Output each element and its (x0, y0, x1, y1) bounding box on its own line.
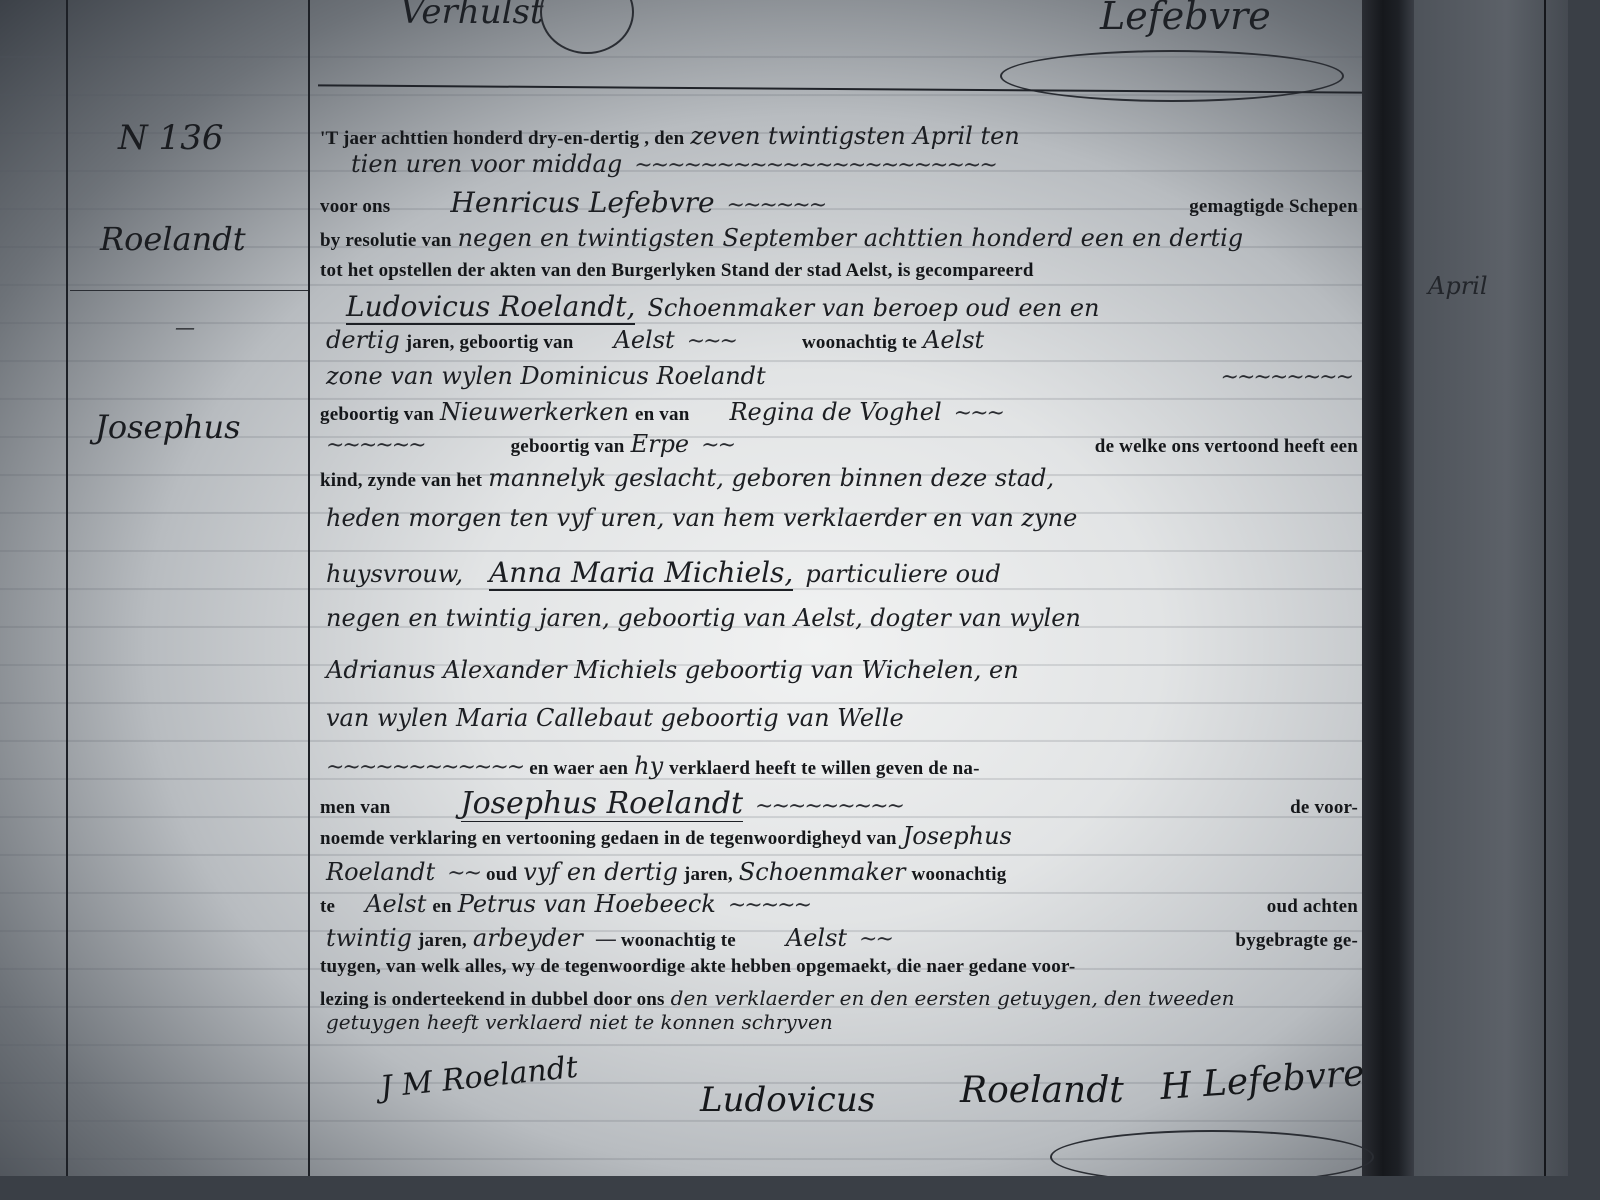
entry-line-20: Roelandt ~~ oud vyf en dertig jaren, Sch… (320, 858, 1358, 894)
entry-line-13: huysvrouw, Anna Maria Michiels, particul… (320, 556, 1358, 592)
official-name: Henricus Lefebvre (450, 186, 714, 219)
entry-line-18: men van Josephus Roelandt ~~~~~~~~~ de v… (320, 786, 1358, 822)
entry-line-9: geboortig van Nieuwerkerken en van Regin… (320, 398, 1358, 434)
printed-text: tuygen, van welk alles, wy de tegenwoord… (320, 956, 1075, 978)
witness-1-given-name: Josephus (903, 822, 1012, 850)
entry-line-12: heden morgen ten vyf uren, van hem verkl… (320, 504, 1358, 540)
filler-flourish: ~~~~~~~~ (1221, 365, 1352, 390)
declarant-occupation: Schoenmaker van beroep oud een en (647, 294, 1099, 322)
previous-entry-signature-right: Lefebvre (1100, 0, 1271, 38)
printed-text: geboortig van (511, 436, 625, 458)
official-signature-flourish (1050, 1130, 1374, 1176)
printed-text: en (432, 896, 451, 918)
witness-2-name: Petrus van Hoebeeck (458, 890, 716, 918)
entry-line-21: te Aelst en Petrus van Hoebeeck ~~~~~ ou… (320, 890, 1358, 926)
printed-text: de voor- (1290, 797, 1358, 819)
entry-line-6: Ludovicus Roelandt, Schoenmaker van bero… (340, 290, 1358, 326)
column-divider-left (66, 0, 68, 1176)
previous-entry-signature-flourish (1000, 50, 1344, 102)
printed-text: woonachtig (912, 864, 1007, 886)
margin-given-name: Josephus (95, 408, 241, 446)
column-divider-main (308, 0, 310, 1176)
filler-flourish: ~~ (859, 927, 892, 952)
child-name: Josephus Roelandt (461, 786, 743, 822)
entry-line-7: dertig jaren, geboortig van Aelst ~~~ wo… (320, 326, 1358, 362)
declarant-father: zone van wylen Dominicus Roelandt (326, 362, 766, 390)
entry-line-11: kind, zynde van het mannelyk geslacht, g… (320, 464, 1358, 500)
book-gutter (1362, 0, 1414, 1176)
facing-page-divider (1544, 0, 1546, 1176)
filler-flourish: ~~~~~~~~~ (755, 794, 903, 819)
mother-occupation: particuliere oud (805, 560, 1001, 588)
mother-name: Anna Maria Michiels, (489, 556, 793, 591)
printed-text: jaren, (418, 930, 467, 952)
mother-details: negen en twintig jaren, geboortig van Ae… (326, 604, 1081, 632)
entry-line-25: getuygen heeft verklaerd niet te konnen … (320, 1010, 1358, 1046)
signing-note-continued: getuygen heeft verklaerd niet te konnen … (326, 1010, 833, 1034)
witness-2-age: twintig (326, 924, 412, 952)
declarant-signature-last: Roelandt (960, 1070, 1124, 1111)
margin-dash: — (175, 315, 195, 339)
birth-time: heden morgen ten vyf uren, van hem verkl… (326, 504, 1077, 532)
filler-flourish: ~~~~~~ (326, 433, 425, 458)
witness-1-residence: Aelst (365, 890, 426, 918)
handwritten-text: huysvrouw, (326, 560, 463, 588)
printed-text: de welke ons vertoond heeft een (1095, 436, 1358, 458)
printed-text: en van (635, 404, 690, 426)
printed-text: woonachtig te (802, 332, 917, 354)
printed-text: by resolutie van (320, 230, 452, 252)
witness-1-occupation: Schoenmaker (739, 858, 906, 886)
filler-flourish: ~~~~~ (728, 893, 810, 918)
maternal-grandfather: Adrianus Alexander Michiels geboortig va… (326, 656, 1019, 684)
declarant-mother: Regina de Voghel (729, 398, 941, 426)
entry-line-19: noemde verklaring en vertooning gedaen i… (320, 822, 1358, 858)
declarant-name: Ludovicus Roelandt, (346, 290, 635, 325)
father-birthplace: Nieuwerkerken (440, 398, 629, 426)
entry-line-3: voor ons Henricus Lefebvre ~~~~~~ gemagt… (320, 186, 1358, 222)
printed-text: bygebragte ge- (1235, 930, 1358, 952)
printed-text: voor ons (320, 196, 390, 218)
printed-text: te (320, 896, 335, 918)
printed-text: oud achten (1267, 896, 1358, 918)
entry-line-22: twintig jaren, arbeyder — woonachtig te … (320, 924, 1358, 960)
printed-text: geboortig van (320, 404, 434, 426)
printed-text: lezing is onderteekend in dubbel door on… (320, 989, 665, 1011)
entry-line-10: ~~~~~~ geboortig van Erpe ~~ de welke on… (320, 430, 1358, 466)
filler-flourish: — (595, 927, 615, 952)
declarant-signature-first: Ludovicus (700, 1080, 875, 1120)
printed-text: verklaerd heeft te willen geven de na- (669, 758, 979, 780)
printed-text: woonachtig te (621, 930, 736, 952)
printed-text: jaren, (684, 864, 733, 886)
entry-line-15: Adrianus Alexander Michiels geboortig va… (320, 656, 1358, 692)
printed-text: tot het opstellen der akten van den Burg… (320, 260, 1034, 282)
entry-line-8: zone van wylen Dominicus Roelandt ~~~~~~… (320, 362, 1358, 398)
declarant-age: dertig (326, 326, 400, 354)
filler-flourish: ~~~ (687, 329, 736, 354)
witness-2-residence: Aelst (786, 924, 847, 952)
entry-number: N 136 (118, 118, 223, 158)
handwritten-time: tien uren voor middag (351, 150, 622, 178)
margin-surname: Roelandt (100, 220, 246, 258)
entry-line-4: by resolutie van negen en twintigsten Se… (320, 224, 1358, 260)
handwritten-text: hy (634, 752, 663, 780)
printed-text: kind, zynde van het (320, 470, 482, 492)
handwritten-date: zeven twintigsten April ten (690, 122, 1019, 150)
witness-1-surname: Roelandt (326, 858, 435, 886)
printed-text: jaren, geboortig van (406, 332, 574, 354)
signing-note: den verklaerder en den eersten getuygen,… (671, 986, 1235, 1010)
witness-2-occupation: arbeyder (473, 924, 583, 952)
filler-flourish: ~~~~~~ (727, 193, 826, 218)
printed-text: noemde verklaring en vertooning gedaen i… (320, 828, 897, 850)
printed-text: gemagtigde Schepen (1189, 196, 1358, 218)
birthplace: Aelst (614, 326, 675, 354)
entry-line-16: van wylen Maria Callebaut geboortig van … (320, 704, 1358, 740)
resolution-date: negen en twintigsten September achttien … (458, 224, 1244, 252)
filler-flourish: ~~~ (954, 401, 1003, 426)
margin-rule (70, 290, 308, 291)
filler-flourish: ~~ (447, 861, 480, 886)
printed-text: oud (486, 864, 517, 886)
maternal-grandmother: van wylen Maria Callebaut geboortig van … (326, 704, 904, 732)
filler-flourish: ~~ (701, 433, 734, 458)
printed-text: men van (320, 797, 391, 819)
entry-line-17: ~~~~~~~~~~~~ en waer aen hy verklaerd he… (320, 752, 1358, 788)
printed-text: en waer aen (529, 758, 628, 780)
witness-1-age: vyf en dertig (523, 858, 678, 886)
previous-entry-signature-left: Verhulst (400, 0, 544, 32)
child-sex-birth: mannelyk geslacht, geboren binnen deze s… (488, 464, 1054, 492)
residence: Aelst (923, 326, 984, 354)
register-page: Verhulst Lefebvre N 136 Roelandt — Josep… (0, 0, 1568, 1176)
entry-line-2: tien uren voor middag ~~~~~~~~~~~~~~~~~~… (345, 150, 1358, 186)
filler-flourish: ~~~~~~~~~~~~ (326, 755, 523, 780)
filler-flourish: ~~~~~~~~~~~~~~~~~~~~~~ (634, 153, 996, 178)
margin-month: April (1428, 272, 1488, 300)
printed-text: 'T jaer achttien honderd dry-en-dertig ,… (320, 128, 684, 150)
mother-birthplace: Erpe (631, 430, 690, 458)
entry-line-14: negen en twintig jaren, geboortig van Ae… (320, 604, 1358, 640)
